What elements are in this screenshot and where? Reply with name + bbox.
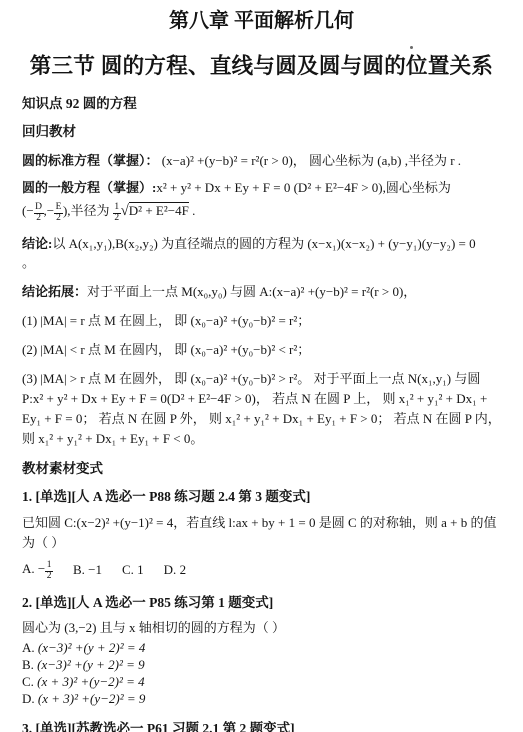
- review-textbook-heading: 回归教材: [22, 122, 501, 141]
- standard-equation-label: 圆的标准方程（掌握）：: [22, 153, 159, 168]
- knowledge-point-heading: 知识点 92 圆的方程: [22, 94, 501, 113]
- option-label: C.: [22, 674, 34, 689]
- question-1-option-d: D. 2: [164, 559, 186, 581]
- option-value: 2: [180, 562, 187, 577]
- question-1-option-a: A. −12: [22, 558, 53, 582]
- conclusion-body: 以 A(x₁,y₁),B(x₂,y₂) 为直径端点的圆的方程为 (x−x₁)(x…: [52, 236, 475, 251]
- question-2-option-a: A. (x−3)² +(y + 2)² = 4: [22, 639, 501, 656]
- question-3-tag: [单选][苏教选必一 P61 习题 2.1 第 2 题变式]: [36, 721, 295, 732]
- general-equation-label: 圆的一般方程（掌握）:: [22, 180, 156, 195]
- conclusion-block: 结论:以 A(x₁,y₁),B(x₂,y₂) 为直径端点的圆的方程为 (x−x₁…: [22, 234, 501, 272]
- section-title: 第三节 圆的方程、直线与圆及圆与圆的位置关系: [22, 52, 501, 80]
- question-1-stem: 已知圆 C:(x−2)² +(y−1)² = 4，若直线 l:ax + by +…: [22, 513, 501, 553]
- question-1-option-b: B. −1: [73, 559, 102, 581]
- question-1-options: A. −12 B. −1 C. 1 D. 2: [22, 558, 501, 582]
- chapter-title: 第八章 平面解析几何: [22, 8, 501, 34]
- fraction-denominator: 2: [54, 214, 63, 224]
- question-3-heading: 3. [单选][苏教选必一 P61 习题 2.1 第 2 题变式]: [22, 719, 501, 732]
- document-page: 第八章 平面解析几何 第三节 圆的方程、直线与圆及圆与圆的位置关系 知识点 92…: [0, 0, 523, 732]
- question-1-tag: [单选][人 A 选必一 P88 练习题 2.4 第 3 题变式]: [36, 489, 311, 504]
- extension-item-1: (1) |MA| = r 点 M 在圆上， 即 (x₀−a)² +(y₀−b)²…: [22, 311, 501, 331]
- general-equation-line1: 圆的一般方程（掌握）:x² + y² + Dx + Ey + F = 0 (D²…: [22, 180, 451, 195]
- option-label: C.: [122, 562, 134, 577]
- option-value: −1: [88, 562, 102, 577]
- question-1-number: 1.: [22, 489, 32, 504]
- center-coordinates-open: (−: [22, 203, 34, 218]
- question-2-number: 2.: [22, 595, 32, 610]
- conclusion-label: 结论:: [22, 236, 52, 251]
- question-2-option-c: C. (x + 3)² +(y−2)² = 4: [22, 673, 501, 690]
- fraction-one-half: 12: [113, 203, 121, 224]
- exercises-heading: 教材素材变式: [22, 459, 501, 478]
- question-2-options: A. (x−3)² +(y + 2)² = 4 B. (x−3)² +(y + …: [22, 639, 501, 707]
- general-equation-block: 圆的一般方程（掌握）:x² + y² + Dx + Ey + F = 0 (D²…: [22, 178, 501, 224]
- sqrt-sign: √: [121, 203, 129, 219]
- radius-label: 半径为: [71, 203, 113, 218]
- question-1-heading: 1. [单选][人 A 选必一 P88 练习题 2.4 第 3 题变式]: [22, 487, 501, 506]
- option-label: A.: [22, 640, 35, 655]
- fraction-denominator: 2: [45, 572, 53, 582]
- extension-intro-text: 对于平面上一点 M(x₀,y₀) 与圆 A:(x−a)² +(y−b)² = r…: [87, 284, 416, 299]
- sentence-period: .: [189, 203, 196, 218]
- question-2-heading: 2. [单选][人 A 选必一 P85 练习第 1 题变式]: [22, 593, 501, 612]
- question-2-tag: [单选][人 A 选必一 P85 练习第 1 题变式]: [36, 595, 274, 610]
- option-formula: (x−3)² +(y + 2)² = 9: [37, 657, 145, 672]
- option-formula: (x−3)² +(y + 2)² = 4: [38, 640, 146, 655]
- general-equation-line2: (−D2,−E2),半径为 12√D² + E²−4F .: [22, 198, 501, 224]
- scan-artifact-dot: [410, 46, 413, 49]
- question-2-stem: 圆心为 (3,−2) 且与 x 轴相切的圆的方程为（ ）: [22, 619, 501, 637]
- extension-intro: 结论拓展：对于平面上一点 M(x₀,y₀) 与圆 A:(x−a)² +(y−b)…: [22, 282, 501, 302]
- extension-item-2: (2) |MA| < r 点 M 在圆内， 即 (x₀−a)² +(y₀−b)²…: [22, 340, 501, 360]
- fraction-one-half: 12: [45, 561, 53, 582]
- sqrt-radicand: D² + E²−4F: [129, 202, 189, 218]
- option-label: B.: [22, 657, 34, 672]
- question-1-option-c: C. 1: [122, 559, 144, 581]
- conclusion-line: 结论:以 A(x₁,y₁),B(x₂,y₂) 为直径端点的圆的方程为 (x−x₁…: [22, 236, 476, 251]
- center-coordinates-close: ),: [63, 203, 71, 218]
- extension-label: 结论拓展：: [22, 284, 87, 299]
- standard-equation-line: 圆的标准方程（掌握）： (x−a)² +(y−b)² = r²(r > 0)， …: [22, 150, 501, 171]
- fraction-denominator: 2: [113, 214, 121, 224]
- option-formula: (x + 3)² +(y−2)² = 9: [38, 691, 146, 706]
- conclusion-trailing-period: 。: [22, 253, 501, 272]
- center-coordinates-mid: ,−: [44, 203, 55, 218]
- option-label: D.: [22, 691, 35, 706]
- option-label: A.: [22, 561, 35, 576]
- extension-item-3: (3) |MA| > r 点 M 在圆外， 即 (x₀−a)² +(y₀−b)²…: [22, 369, 501, 449]
- option-value: 1: [137, 562, 144, 577]
- option-minus-sign: −: [38, 561, 45, 576]
- option-label: B.: [73, 562, 85, 577]
- fraction-denominator: 2: [34, 214, 44, 224]
- option-formula: (x + 3)² +(y−2)² = 4: [37, 674, 145, 689]
- general-equation-formula: x² + y² + Dx + Ey + F = 0 (D² + E²−4F > …: [156, 180, 451, 195]
- standard-equation-formula: (x−a)² +(y−b)² = r²(r > 0)， 圆心坐标为 (a,b) …: [159, 153, 462, 168]
- option-label: D.: [164, 562, 177, 577]
- fraction-e-over-2: E2: [54, 203, 63, 224]
- question-3-number: 3.: [22, 721, 32, 732]
- question-2-option-b: B. (x−3)² +(y + 2)² = 9: [22, 656, 501, 673]
- question-2-option-d: D. (x + 3)² +(y−2)² = 9: [22, 690, 501, 707]
- fraction-d-over-2: D2: [34, 203, 44, 224]
